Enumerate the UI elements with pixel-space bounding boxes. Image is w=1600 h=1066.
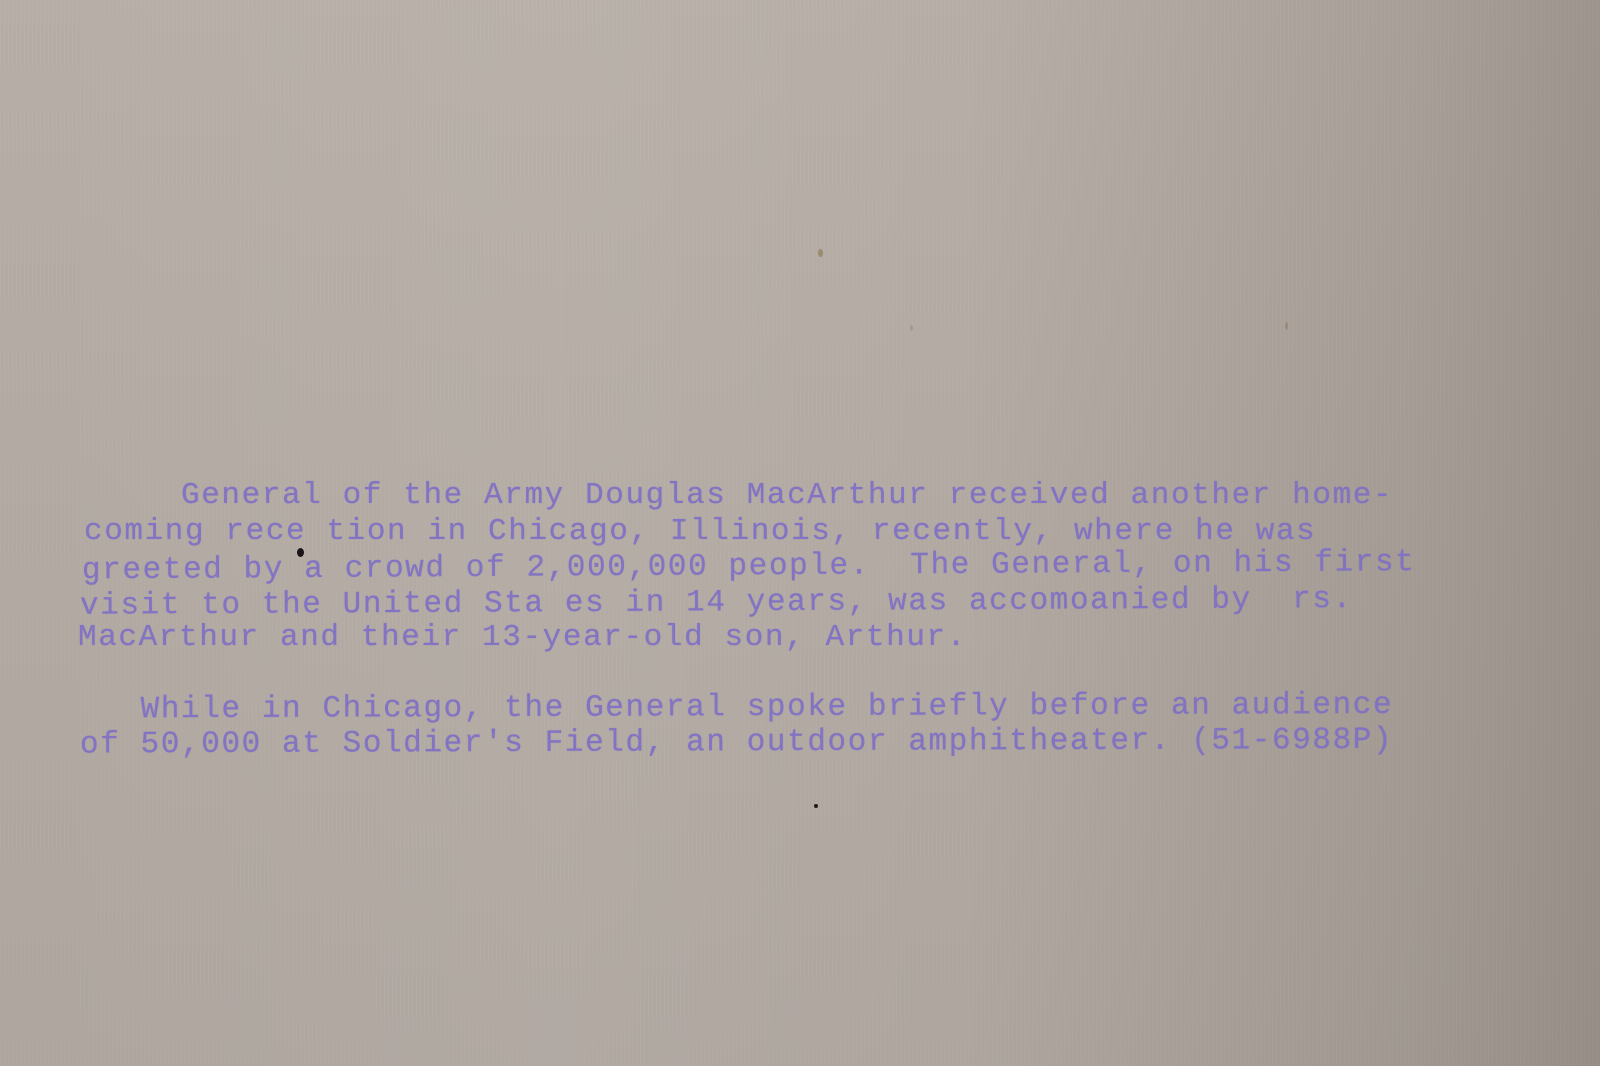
paper-stain xyxy=(818,249,823,257)
caption-line: MacArthur and their 13-year-old son, Art… xyxy=(78,620,1500,656)
caption-paragraph-2: While in Chicago, the General spoke brie… xyxy=(80,690,1500,761)
typed-caption: General of the Army Douglas MacArthur re… xyxy=(80,478,1500,761)
caption-paragraph-1: General of the Army Douglas MacArthur re… xyxy=(80,478,1500,656)
caption-line: General of the Army Douglas MacArthur re… xyxy=(80,478,1500,514)
paper-stain xyxy=(1285,322,1288,330)
caption-line: coming rece tion in Chicago, Illinois, r… xyxy=(84,514,1500,550)
caption-line: While in Chicago, the General spoke brie… xyxy=(80,687,1500,727)
ink-spot xyxy=(814,804,818,808)
caption-line: of 50,000 at Soldier's Field, an outdoor… xyxy=(80,723,1500,763)
caption-line: visit to the United Sta es in 14 years, … xyxy=(80,581,1500,624)
paper-stain xyxy=(910,325,913,331)
